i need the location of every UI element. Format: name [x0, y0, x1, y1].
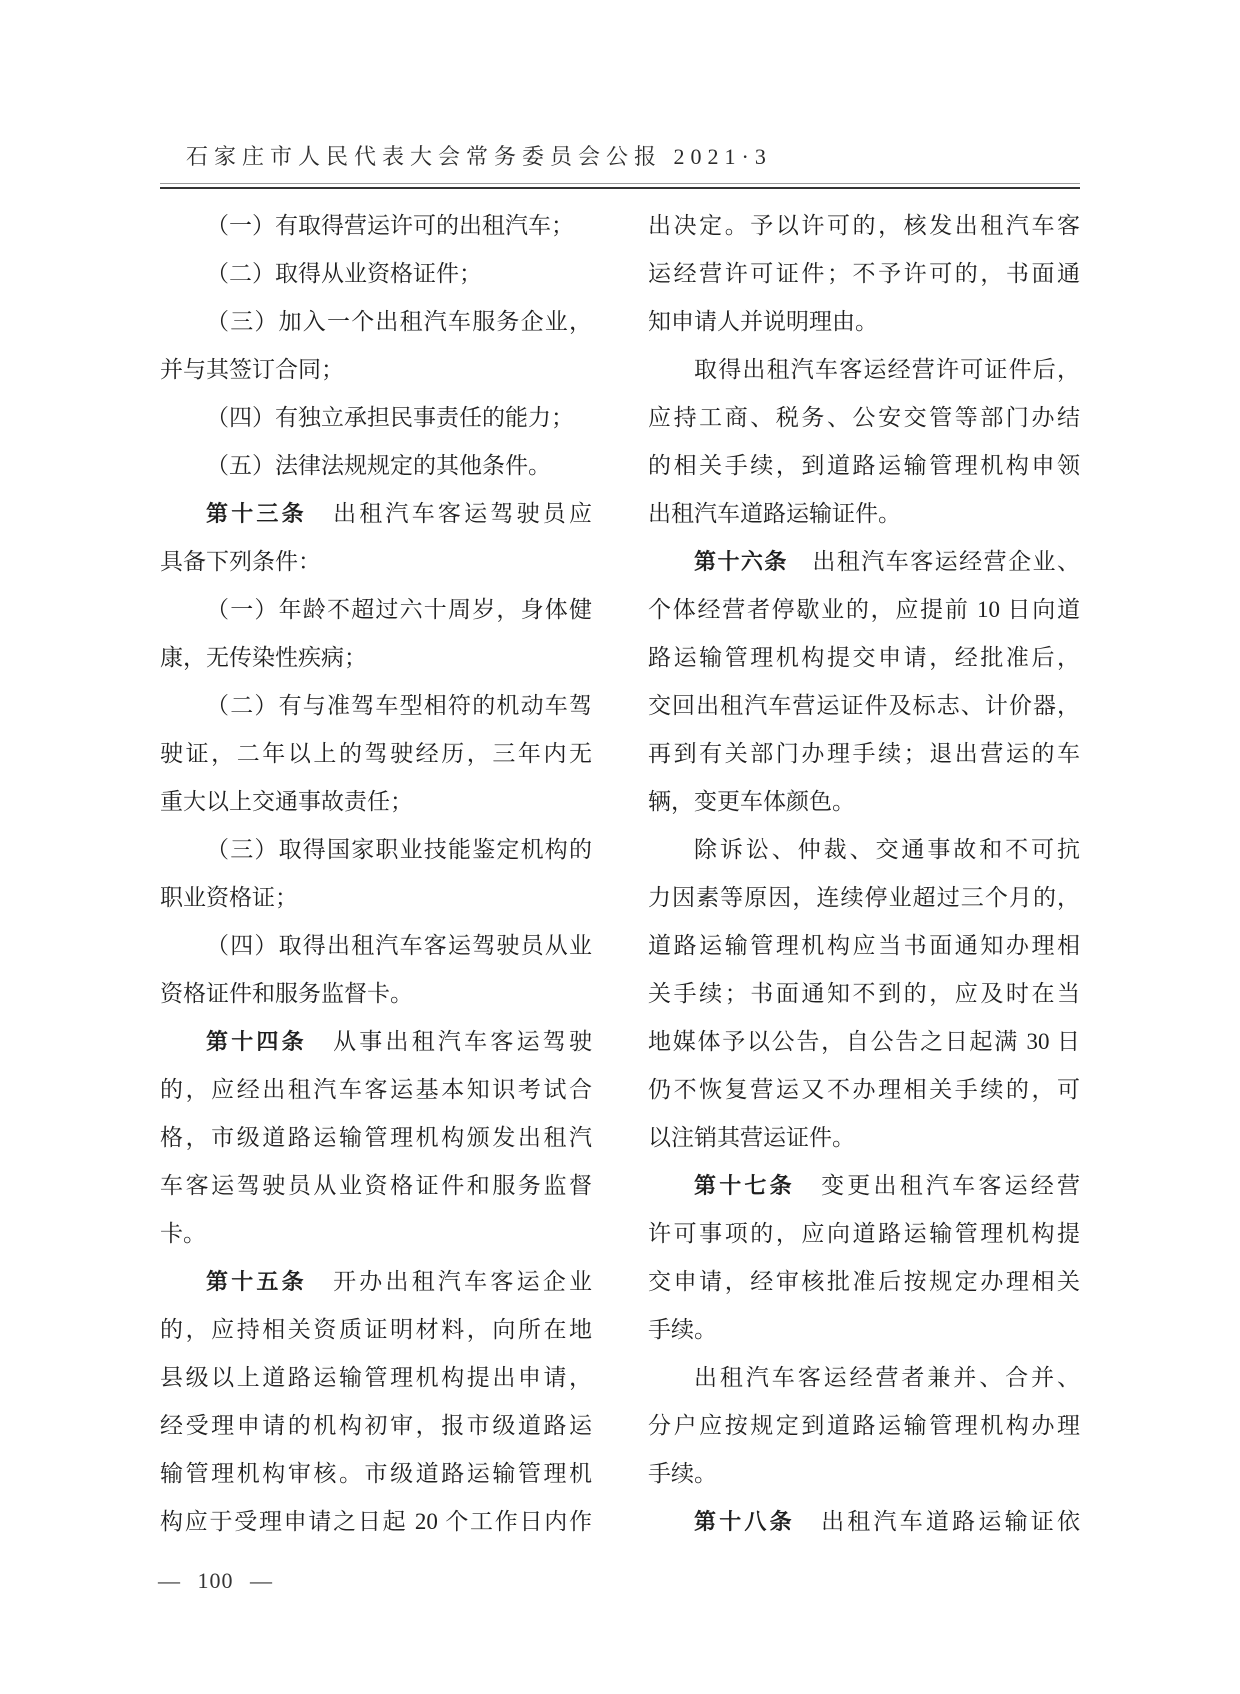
text-line: 应持工商、税务、公安交管等部门办结	[648, 394, 1080, 442]
text-line: 的，应经出租汽车客运基本知识考试合	[160, 1066, 592, 1114]
text-segment: 知申请人并说明理由。	[648, 309, 878, 334]
text-segment: 的相关手续，到道路运输管理机构申领	[648, 453, 1080, 478]
text-segment: 驶证，二年以上的驾驶经历，三年内无	[160, 741, 592, 766]
text-line: 许可事项的，应向道路运输管理机构提	[648, 1210, 1080, 1258]
text-segment: 以注销其营运证件。	[648, 1125, 855, 1150]
text-line: （四）取得出租汽车客运驾驶员从业	[160, 922, 592, 970]
text-line: 知申请人并说明理由。	[648, 298, 1080, 346]
text-line: 输管理机构审核。市级道路运输管理机	[160, 1450, 592, 1498]
text-segment: 取得出租汽车客运经营许可证件后，	[694, 357, 1080, 382]
text-line: 车客运驾驶员从业资格证件和服务监督	[160, 1162, 592, 1210]
text-line: 手续。	[648, 1450, 1080, 1498]
text-column-right: 出决定。予以许可的，核发出租汽车客运经营许可证件；不予许可的，书面通知申请人并说…	[648, 202, 1080, 1546]
text-line: 格，市级道路运输管理机构颁发出租汽	[160, 1114, 592, 1162]
text-segment: 仍不恢复营运又不办理相关手续的，可	[648, 1077, 1080, 1102]
text-segment: 许可事项的，应向道路运输管理机构提	[648, 1221, 1080, 1246]
text-segment: 出决定。予以许可的，核发出租汽车客	[648, 213, 1080, 238]
text-line: 资格证件和服务监督卡。	[160, 970, 592, 1018]
text-line: 手续。	[648, 1306, 1080, 1354]
text-segment: 变更出租汽车客运经营	[795, 1173, 1080, 1198]
text-line: 的相关手续，到道路运输管理机构申领	[648, 442, 1080, 490]
text-segment: （四）有独立承担民事责任的能力；	[206, 405, 574, 430]
text-line: 构应于受理申请之日起 20 个工作日内作	[160, 1498, 592, 1546]
text-segment: （三）加入一个出租汽车服务企业，	[206, 309, 592, 334]
text-line: 运经营许可证件；不予许可的，书面通	[648, 250, 1080, 298]
text-line: 职业资格证；	[160, 874, 592, 922]
text-line: 再到有关部门办理手续；退出营运的车	[648, 730, 1080, 778]
text-segment: （五）法律法规规定的其他条件。	[206, 453, 551, 478]
text-segment: 再到有关部门办理手续；退出营运的车	[648, 741, 1080, 766]
text-segment: 出租汽车道路运输证件。	[648, 501, 901, 526]
text-segment: 县级以上道路运输管理机构提出申请，	[160, 1365, 592, 1390]
text-segment: （一）有取得营运许可的出租汽车；	[206, 213, 574, 238]
text-segment: 开办出租汽车客运企业	[307, 1269, 592, 1294]
text-line: 第十三条 出租汽车客运驾驶员应	[160, 490, 592, 538]
text-line: 出租汽车客运经营者兼并、合并、	[648, 1354, 1080, 1402]
text-segment: 的，应持相关资质证明材料，向所在地	[160, 1317, 592, 1342]
article-number: 第十五条	[206, 1269, 307, 1294]
text-segment: （二）取得从业资格证件；	[206, 261, 482, 286]
text-segment: 道路运输管理机构应当书面通知办理相	[648, 933, 1080, 958]
text-line: 的，应持相关资质证明材料，向所在地	[160, 1306, 592, 1354]
text-segment: 地媒体予以公告，自公告之日起满 30 日	[648, 1029, 1080, 1054]
text-line: 路运输管理机构提交申请，经批准后，	[648, 634, 1080, 682]
text-column-left: （一）有取得营运许可的出租汽车；（二）取得从业资格证件；（三）加入一个出租汽车服…	[160, 202, 592, 1546]
text-line: 具备下列条件：	[160, 538, 592, 586]
article-number: 第十三条	[206, 501, 307, 526]
article-number: 第十四条	[206, 1029, 307, 1054]
text-segment: 力因素等原因，连续停业超过三个月的，	[648, 885, 1080, 910]
text-line: 第十五条 开办出租汽车客运企业	[160, 1258, 592, 1306]
text-segment: 康，无传染性疾病；	[160, 645, 367, 670]
text-line: （二）有与准驾车型相符的机动车驾	[160, 682, 592, 730]
text-segment: 手续。	[648, 1317, 717, 1342]
text-line: 取得出租汽车客运经营许可证件后，	[648, 346, 1080, 394]
text-segment: 手续。	[648, 1461, 717, 1486]
text-line: 经受理申请的机构初审，报市级道路运	[160, 1402, 592, 1450]
text-segment: 车客运驾驶员从业资格证件和服务监督	[160, 1173, 592, 1198]
text-segment: 并与其签订合同；	[160, 357, 344, 382]
text-line: 道路运输管理机构应当书面通知办理相	[648, 922, 1080, 970]
text-segment: 重大以上交通事故责任；	[160, 789, 413, 814]
text-segment: 除诉讼、仲裁、交通事故和不可抗	[694, 837, 1080, 862]
document-page: 石家庄市人民代表大会常务委员会公报 2021·3 （一）有取得营运许可的出租汽车…	[0, 0, 1240, 1694]
text-segment: 格，市级道路运输管理机构颁发出租汽	[160, 1125, 592, 1150]
article-number: 第十六条	[694, 549, 788, 574]
text-segment: 资格证件和服务监督卡。	[160, 981, 413, 1006]
text-segment: 出租汽车道路运输证依	[795, 1509, 1080, 1534]
text-segment: 出租汽车客运驾驶员应	[307, 501, 592, 526]
text-line: （一）年龄不超过六十周岁，身体健	[160, 586, 592, 634]
text-segment: 具备下列条件：	[160, 549, 321, 574]
text-segment: 关手续；书面通知不到的，应及时在当	[648, 981, 1080, 1006]
text-segment: 个体经营者停歇业的，应提前 10 日向道	[648, 597, 1080, 622]
text-segment: 辆，变更车体颜色。	[648, 789, 855, 814]
text-line: 第十六条 出租汽车客运经营企业、	[648, 538, 1080, 586]
text-line: 交回出租汽车营运证件及标志、计价器，	[648, 682, 1080, 730]
body-columns: （一）有取得营运许可的出租汽车；（二）取得从业资格证件；（三）加入一个出租汽车服…	[160, 202, 1080, 1546]
page-number: — 100 —	[158, 1568, 273, 1594]
text-segment: 路运输管理机构提交申请，经批准后，	[648, 645, 1080, 670]
text-line: 个体经营者停歇业的，应提前 10 日向道	[648, 586, 1080, 634]
text-line: 卡。	[160, 1210, 592, 1258]
text-segment: 交回出租汽车营运证件及标志、计价器，	[648, 693, 1080, 718]
text-segment: 交申请，经审核批准后按规定办理相关	[648, 1269, 1080, 1294]
text-line: 第十七条 变更出租汽车客运经营	[648, 1162, 1080, 1210]
text-segment: 出租汽车客运经营者兼并、合并、	[694, 1365, 1080, 1390]
text-segment: 职业资格证；	[160, 885, 298, 910]
header-journal-title: 石家庄市人民代表大会常务委员会公报 2021·3	[186, 142, 1106, 172]
text-line: （三）加入一个出租汽车服务企业，	[160, 298, 592, 346]
text-segment: 分户应按规定到道路运输管理机构办理	[648, 1413, 1080, 1438]
text-segment: 出租汽车客运经营企业、	[788, 549, 1080, 574]
text-line: 出租汽车道路运输证件。	[648, 490, 1080, 538]
text-line: 县级以上道路运输管理机构提出申请，	[160, 1354, 592, 1402]
text-line: （三）取得国家职业技能鉴定机构的	[160, 826, 592, 874]
text-segment: （二）有与准驾车型相符的机动车驾	[206, 693, 592, 718]
text-line: 以注销其营运证件。	[648, 1114, 1080, 1162]
text-line: 出决定。予以许可的，核发出租汽车客	[648, 202, 1080, 250]
article-number: 第十八条	[694, 1509, 795, 1534]
text-segment: 从事出租汽车客运驾驶	[307, 1029, 592, 1054]
text-line: 重大以上交通事故责任；	[160, 778, 592, 826]
text-line: 第十八条 出租汽车道路运输证依	[648, 1498, 1080, 1546]
text-line: 除诉讼、仲裁、交通事故和不可抗	[648, 826, 1080, 874]
text-line: （二）取得从业资格证件；	[160, 250, 592, 298]
text-segment: 运经营许可证件；不予许可的，书面通	[648, 261, 1080, 286]
text-line: 第十四条 从事出租汽车客运驾驶	[160, 1018, 592, 1066]
text-segment: （四）取得出租汽车客运驾驶员从业	[206, 933, 592, 958]
text-segment: 卡。	[160, 1221, 206, 1246]
header-divider-rule	[160, 183, 1080, 189]
text-segment: 输管理机构审核。市级道路运输管理机	[160, 1461, 592, 1486]
text-segment: 经受理申请的机构初审，报市级道路运	[160, 1413, 592, 1438]
text-line: 关手续；书面通知不到的，应及时在当	[648, 970, 1080, 1018]
text-segment: 的，应经出租汽车客运基本知识考试合	[160, 1077, 592, 1102]
text-line: 交申请，经审核批准后按规定办理相关	[648, 1258, 1080, 1306]
text-line: （四）有独立承担民事责任的能力；	[160, 394, 592, 442]
text-line: 仍不恢复营运又不办理相关手续的，可	[648, 1066, 1080, 1114]
text-line: 辆，变更车体颜色。	[648, 778, 1080, 826]
text-line: 驶证，二年以上的驾驶经历，三年内无	[160, 730, 592, 778]
text-segment: 应持工商、税务、公安交管等部门办结	[648, 405, 1080, 430]
text-line: 康，无传染性疾病；	[160, 634, 592, 682]
text-segment: （一）年龄不超过六十周岁，身体健	[206, 597, 592, 622]
text-segment: 构应于受理申请之日起 20 个工作日内作	[160, 1509, 592, 1534]
text-segment: （三）取得国家职业技能鉴定机构的	[206, 837, 592, 862]
text-line: 地媒体予以公告，自公告之日起满 30 日	[648, 1018, 1080, 1066]
article-number: 第十七条	[694, 1173, 795, 1198]
text-line: （一）有取得营运许可的出租汽车；	[160, 202, 592, 250]
text-line: （五）法律法规规定的其他条件。	[160, 442, 592, 490]
text-line: 力因素等原因，连续停业超过三个月的，	[648, 874, 1080, 922]
text-line: 分户应按规定到道路运输管理机构办理	[648, 1402, 1080, 1450]
text-line: 并与其签订合同；	[160, 346, 592, 394]
